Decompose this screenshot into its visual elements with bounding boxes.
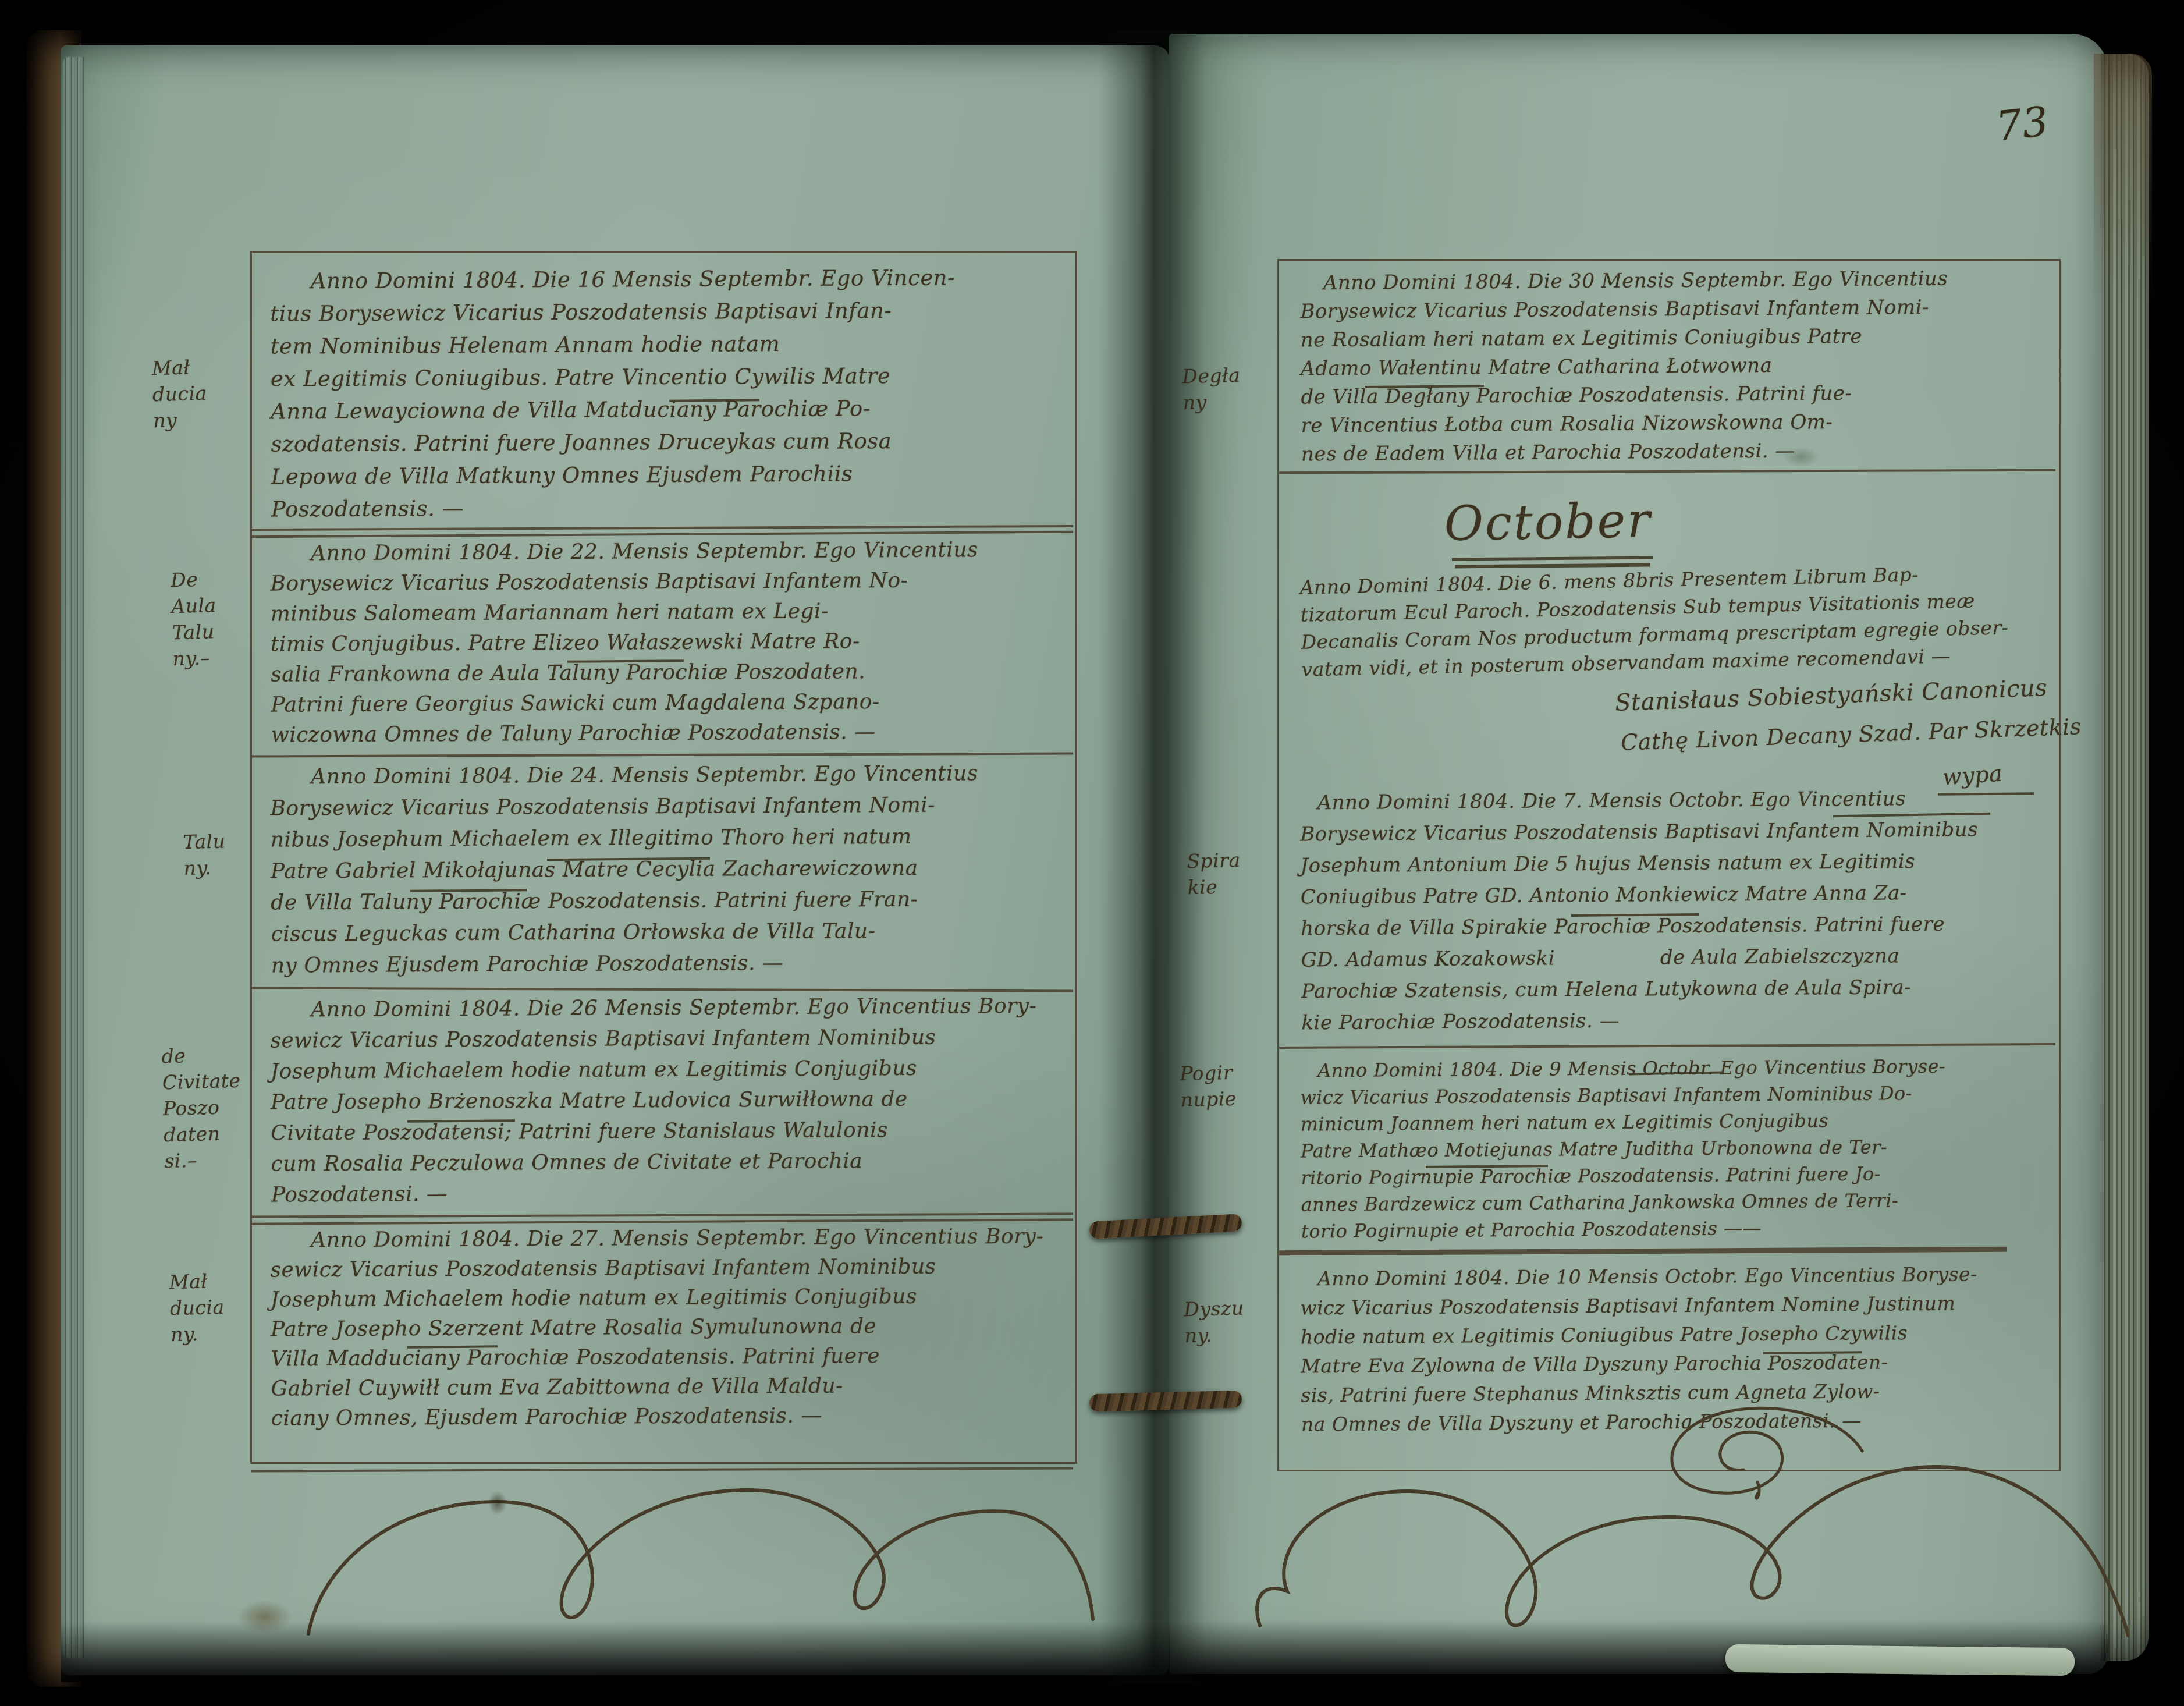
page-number: 73 (1994, 98, 2051, 151)
margin-place-label: Degła ny (1182, 361, 1282, 416)
margin-place-label: Mał ducia ny (151, 353, 252, 434)
baptism-entry: Anno Domini 1804. Die 30 Mensis Septembr… (1300, 264, 2052, 469)
exposed-underpage-edge (1725, 1644, 2075, 1676)
baptism-entry: Anno Domini 1804. Die 27. Mensis Septemb… (270, 1221, 1074, 1433)
baptism-entry: Anno Domini 1804. Die 26 Mensis Septembr… (270, 990, 1074, 1210)
margin-place-label: Spira kie (1187, 846, 1287, 900)
margin-place-label: Dyszu ny. (1184, 1294, 1284, 1349)
baptism-entry: Anno Domini 1804. Die 16 Mensis Septembr… (270, 261, 1074, 526)
margin-place-label: Pogir nupie (1180, 1058, 1280, 1113)
month-heading: October (1396, 491, 1700, 554)
page-edge-stack-left (63, 57, 84, 1658)
baptism-entry: Anno Domini 1804. Die 22. Mensis Septemb… (270, 534, 1074, 750)
baptism-entry: Anno Domini 1804. Die 24. Mensis Septemb… (270, 757, 1074, 981)
margin-place-label: Mał ducia ny. (169, 1267, 269, 1347)
baptism-entry: Anno Domini 1804. Die 7. Mensis Octobr. … (1300, 782, 2052, 1039)
manuscript-photo: 73 Mał ducia ny De Aula Talu ny.– Talu n… (0, 0, 2184, 1706)
visitation-note: Anno Domini 1804. Die 6. mens 8bris Pres… (1299, 558, 2061, 683)
margin-place-label: de Civitate Poszo daten si.– (161, 1041, 264, 1174)
margin-place-label: Talu ny. (183, 827, 283, 881)
calligraphic-flourish (274, 1485, 1100, 1660)
spiral-flourish (1635, 1396, 1868, 1512)
baptism-entry: Anno Domini 1804. Die 9 Mensis Octobr. E… (1300, 1052, 2052, 1245)
margin-place-label: De Aula Talu ny.– (171, 565, 272, 672)
page-edge-tint (2094, 54, 2152, 304)
